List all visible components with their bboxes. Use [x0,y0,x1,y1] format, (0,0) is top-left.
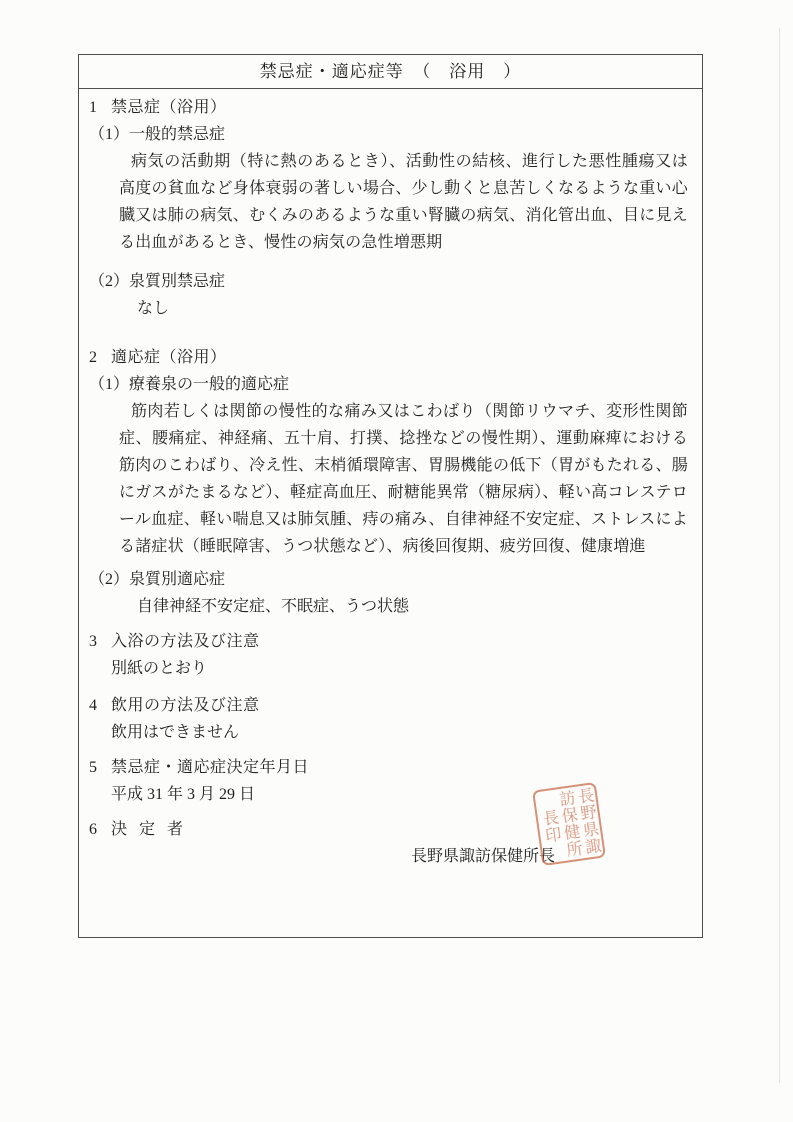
section-1-sub-2-label: （2）泉質別禁忌症 [89,268,688,295]
section-4-heading-text: 飲用の方法及び注意 [111,697,260,714]
section-6-number: 6 [89,816,111,843]
official-seal-stamp-icon: 長野県諏訪保健所長印 [532,782,606,866]
section-1-heading-text: 禁忌症（浴用） [111,99,227,116]
section-3-number: 3 [89,628,111,655]
section-2-heading: 2適応症（浴用） [89,344,688,371]
section-1-heading: 1禁忌症（浴用） [89,94,688,121]
section-2-sub-1-body: 筋肉若しくは関節の慢性的な痛み又はこわばり（関節リウマチ、変形性関節症、腰痛症、… [119,398,688,560]
section-1-sub-1-body: 病気の活動期（特に熱のあるとき）、活動性の結核、進行した悪性腫瘍又は高度の貧血な… [119,148,688,256]
section-3-heading: 3入浴の方法及び注意 [89,628,688,655]
section-5-number: 5 [89,754,111,781]
section-3-heading-text: 入浴の方法及び注意 [111,633,260,650]
document-title: 禁忌症・適応症等 （ 浴用 ） [79,55,702,89]
section-1-number: 1 [89,94,111,121]
section-2-sub-1-label: （1）療養泉の一般的適応症 [89,371,688,398]
section-2-number: 2 [89,344,111,371]
section-1-sub-2-body: なし [89,295,688,322]
section-4-number: 4 [89,692,111,719]
section-2-sub-2-body: 自律神経不安定症、不眠症、うつ状態 [89,593,688,620]
section-2-sub-2-label: （2）泉質別適応症 [89,566,688,593]
section-5-heading-text: 禁忌症・適応症決定年月日 [111,759,309,776]
document-border-box: 禁忌症・適応症等 （ 浴用 ） 1禁忌症（浴用） （1）一般的禁忌症 病気の活動… [78,54,703,938]
document-content: 1禁忌症（浴用） （1）一般的禁忌症 病気の活動期（特に熱のあるとき）、活動性の… [79,89,702,870]
scan-page-edge-shadow [779,28,780,1083]
section-5-heading: 5禁忌症・適応症決定年月日 [89,754,688,781]
section-4-body: 飲用はできません [89,719,688,746]
section-6-heading-text: 決 定 者 [111,821,187,838]
official-seal-text: 長野県諏訪保健所長印 [536,785,602,862]
section-4-heading: 4飲用の方法及び注意 [89,692,688,719]
section-3-body: 別紙のとおり [89,655,688,682]
section-2-heading-text: 適応症（浴用） [111,349,227,366]
scanned-document-page: { "document": { "title": "禁忌症・適応症等 （ 浴用 … [0,0,793,1122]
section-1-sub-1-label: （1）一般的禁忌症 [89,121,688,148]
